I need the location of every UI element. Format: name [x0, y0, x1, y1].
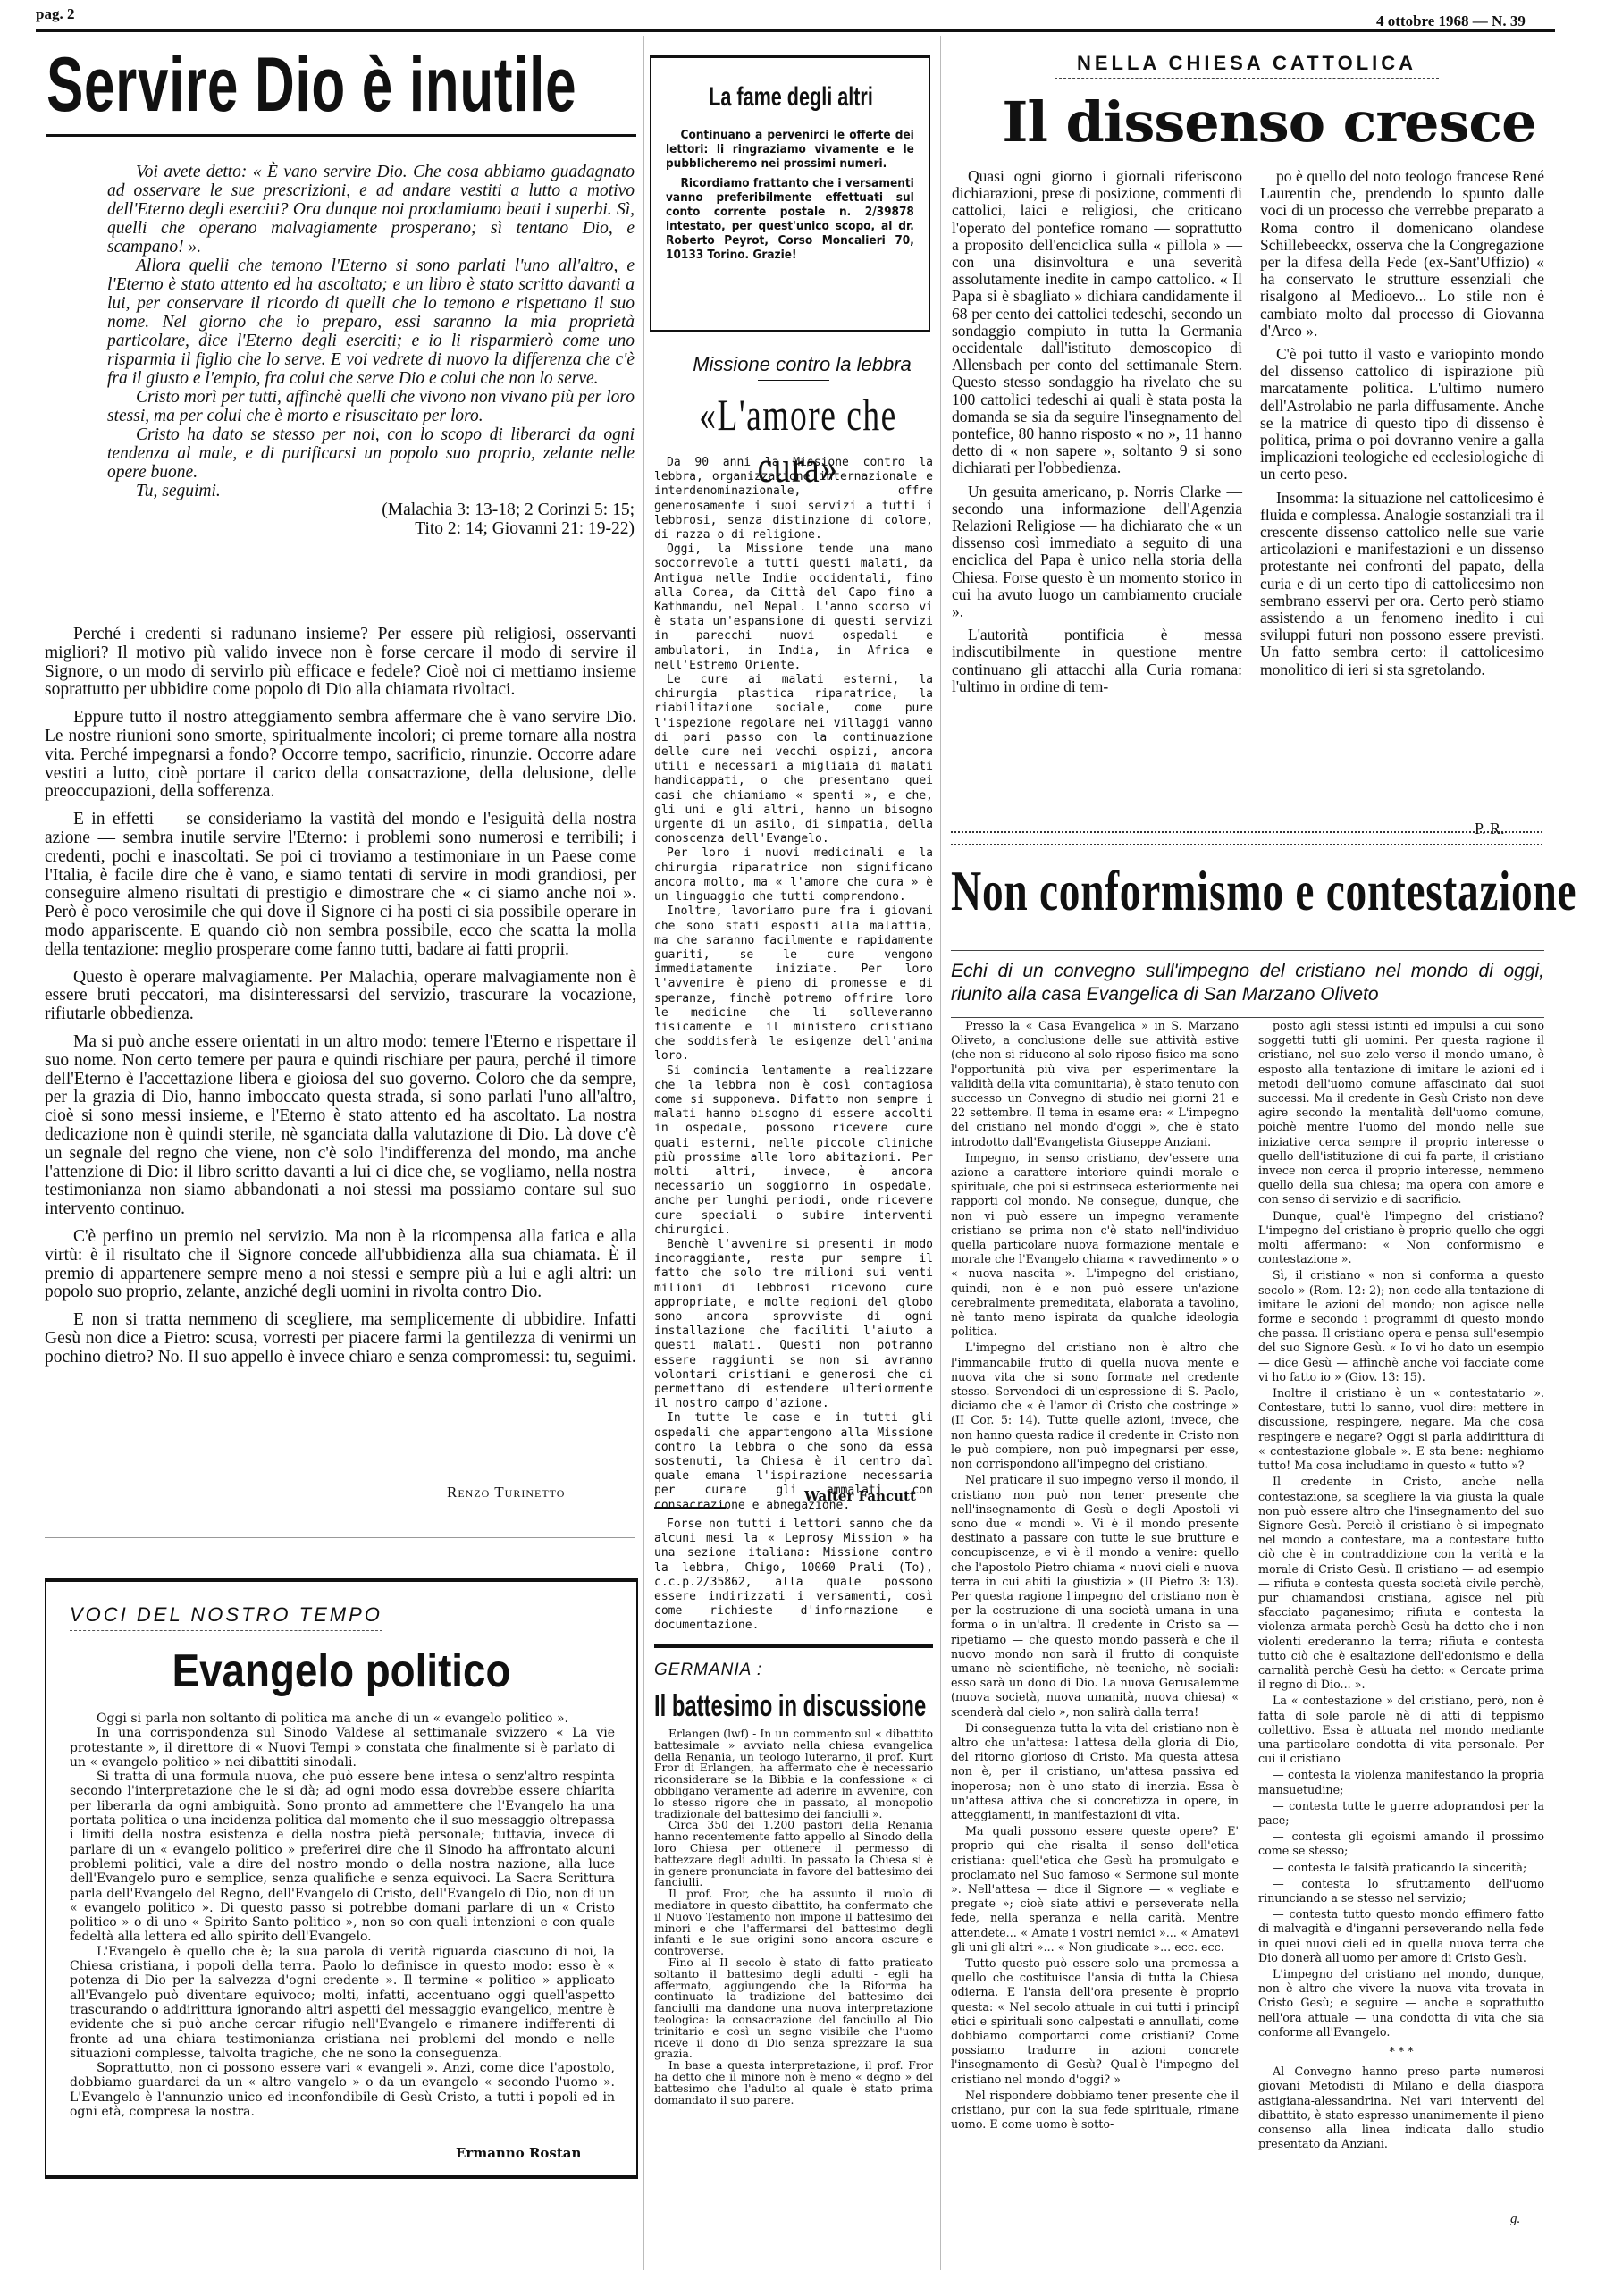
paragraph: L'impegno del cristiano non è altro che …: [951, 1341, 1239, 1471]
paragraph: L'impegno del cristiano nel mondo, dunqu…: [1258, 1967, 1544, 2039]
section-kicker-chiesa: NELLA CHIESA CATTOLICA: [1055, 52, 1439, 79]
headline-servire: Servire Dio è inutile: [46, 40, 471, 130]
paragraph: C'è poi tutto il vasto e variopinto mond…: [1260, 346, 1544, 484]
paragraph: Oggi si parla non soltanto di politica m…: [70, 1711, 615, 1726]
section-kicker-germania: GERMANIA :: [654, 1661, 762, 1680]
verse-paragraph: Allora quelli che temono l'Eterno si son…: [107, 257, 635, 388]
headline-dissenso: Il dissenso cresce: [947, 89, 1591, 155]
paragraph: Benchè l'avvenire si presenti in modo in…: [654, 1238, 933, 1411]
asterism-separator: * * *: [1258, 2045, 1544, 2059]
paragraph: In una corrispondenza sul Sinodo Valdese…: [70, 1726, 615, 1770]
paragraph: Un gesuita americano, p. Norris Clarke —…: [952, 484, 1242, 621]
top-rule: [36, 29, 1555, 32]
list-item: — contesta tutto questo mondo effimero f…: [1258, 1907, 1544, 1965]
kicker-underline: [758, 380, 829, 381]
paragraph: Continuano a pervenirci le offerte dei l…: [666, 129, 914, 172]
article-body-evangelo: Oggi si parla non soltanto di politica m…: [70, 1711, 615, 2119]
paragraph: Impegno, in senso cristiano, dev'essere …: [951, 1151, 1239, 1340]
article-body-lebbra: Da 90 anni la Missione contro la lebbra,…: [654, 456, 933, 1513]
section-kicker-voci: VOCI DEL NOSTRO TEMPO: [70, 1603, 382, 1631]
notice-body-fame: Continuano a pervenirci le offerte dei l…: [666, 129, 914, 268]
note-leprosy-mission: Forse non tutti i lettori sanno che da a…: [654, 1518, 933, 1634]
paragraph: L'Evangelo è quello che è; la sua parola…: [70, 1945, 615, 2061]
list-item: — contesta lo sfruttamento dell'uomo rin…: [1258, 1877, 1544, 1905]
paragraph: Sì, il cristiano « non si conforma a que…: [1258, 1268, 1544, 1384]
paragraph: Nel praticare il suo impegno verso il mo…: [951, 1473, 1239, 1719]
issue-date: 4 ottobre 1968 — N. 39: [1376, 13, 1526, 30]
paragraph: Da 90 anni la Missione contro la lebbra,…: [654, 456, 933, 542]
paragraph: Soprattutto, non ci possono essere vari …: [70, 2061, 615, 2119]
article-column-dissenso-2: po è quello del noto teologo francese Re…: [1260, 168, 1544, 685]
paragraph: E in effetti — se consideriamo la vastit…: [45, 811, 636, 959]
paragraph: Tutto questo può essere solo una premess…: [951, 1956, 1239, 2087]
verse-paragraph: Cristo ha dato se stesso per noi, con lo…: [107, 425, 635, 482]
list-item: — contesta tutte le guerre adoprandosi p…: [1258, 1799, 1544, 1828]
paragraph: Al Convegno hanno preso parte numerosi g…: [1258, 2065, 1544, 2151]
column-rule: [940, 36, 941, 2270]
paragraph: Quasi ogni giorno i giornali riferiscono…: [952, 168, 1242, 477]
paragraph: Si comincia lentamente a realizzare che …: [654, 1064, 933, 1238]
column-rule: [643, 36, 644, 2270]
paragraph: Fino al II secolo è stato di fatto prati…: [654, 1957, 933, 2060]
paragraph: Nel rispondere dobbiamo tener presente c…: [951, 2089, 1239, 2132]
headline-fame: La fame degli altri: [701, 82, 881, 113]
author-signature: Ermanno Rostan: [456, 2145, 581, 2161]
paragraph: Ma quali possono essere queste opere? E'…: [951, 1824, 1239, 1955]
list-item: — contesta gli egoismi amando il prossim…: [1258, 1829, 1544, 1858]
paragraph: Questo è operare malvagiamente. Per Mala…: [45, 969, 636, 1024]
paragraph: Oggi, la Missione tende una mano soccorr…: [654, 542, 933, 673]
paragraph: Il prof. Fror, che ha assunto il ruolo d…: [654, 1888, 933, 1957]
headline-battesimo: Il battesimo in discussione: [654, 1689, 929, 1724]
paragraph: Il credente in Cristo, anche nella conte…: [1258, 1475, 1544, 1692]
page-number: pag. 2: [36, 5, 74, 23]
section-divider: [654, 1644, 933, 1648]
article-column-nonconformismo-1: Presso la « Casa Evangelica » in S. Marz…: [951, 1019, 1239, 2133]
dotted-divider: [951, 831, 1542, 845]
headline-evangelo: Evangelo politico: [80, 1644, 602, 1698]
scripture-reference: (Malachia 3: 13-18; 2 Corinzi 5: 15;: [107, 500, 635, 519]
list-item: — contesta la violenza manifestando la p…: [1258, 1768, 1544, 1796]
paragraph: Di conseguenza tutta la vita del cristia…: [951, 1721, 1239, 1822]
list-item: — contesta le falsità praticando la sinc…: [1258, 1861, 1544, 1875]
article-body-battesimo: Erlangen (lwf) - In un commento sul « di…: [654, 1728, 933, 2106]
paragraph: Si tratta di una formula nuova, che può …: [70, 1770, 615, 1945]
paragraph: Forse non tutti i lettori sanno che da a…: [654, 1518, 933, 1634]
paragraph: po è quello del noto teologo francese Re…: [1260, 168, 1544, 340]
verse-paragraph: Voi avete detto: « È vano servire Dio. C…: [107, 163, 635, 257]
author-signature: Renzo Turinetto: [447, 1484, 565, 1501]
headline-nonconformismo: Non conformismo e contestazione: [951, 858, 1427, 924]
article-body-servire: Perché i credenti si radunano insieme? P…: [45, 626, 636, 1375]
dashed-divider: [45, 1537, 635, 1538]
paragraph: Inoltre, lavoriamo pure fra i giovani ch…: [654, 904, 933, 1064]
paragraph: Ricordiamo frattanto che i versamenti va…: [666, 177, 914, 263]
short-divider: [654, 1507, 726, 1509]
paragraph: Insomma: la situazione nel cattolicesimo…: [1260, 490, 1544, 678]
paragraph: In base a questa interpretazione, il pro…: [654, 2060, 933, 2106]
paragraph: Ma si può anche essere orientati in un a…: [45, 1033, 636, 1219]
paragraph: Eppure tutto il nostro atteggiamento sem…: [45, 709, 636, 802]
verse-paragraph: Cristo morì per tutti, affinchè quelli c…: [107, 388, 635, 425]
article-column-nonconformismo-2: posto agli stessi istinti ed impulsi a c…: [1258, 1019, 1544, 2153]
paragraph: L'autorità pontificia è messa indiscutib…: [952, 627, 1242, 695]
paragraph: Dunque, qual'è l'impegno del cristiano? …: [1258, 1209, 1544, 1267]
author-signature: g.: [1510, 2212, 1520, 2227]
paragraph: E non si tratta nemmeno di scegliere, ma…: [45, 1311, 636, 1367]
subheadline-nonconformismo: Echi di un convegno sull'impegno del cri…: [951, 950, 1544, 1018]
headline-underline: [46, 134, 636, 137]
article-column-dissenso-1: Quasi ogni giorno i giornali riferiscono…: [952, 168, 1242, 702]
scripture-quote: Voi avete detto: « È vano servire Dio. C…: [107, 163, 635, 538]
scripture-reference: Tito 2: 14; Giovanni 21: 19-22): [107, 519, 635, 538]
verse-paragraph: Tu, seguimi.: [107, 482, 635, 500]
paragraph: Perché i credenti si radunano insieme? P…: [45, 626, 636, 700]
paragraph: Presso la « Casa Evangelica » in S. Marz…: [951, 1019, 1239, 1149]
paragraph: Circa 350 dei 1.200 pastori della Renani…: [654, 1820, 933, 1888]
paragraph: posto agli stessi istinti ed impulsi a c…: [1258, 1019, 1544, 1207]
paragraph: La « contestazione » del cristiano, però…: [1258, 1694, 1544, 1766]
paragraph: Per loro i nuovi medicinali e la chirurg…: [654, 846, 933, 904]
section-kicker-lebbra: Missione contro la lebbra: [661, 353, 943, 376]
paragraph: Le cure ai malati esterni, la chirurgia …: [654, 673, 933, 846]
paragraph: Inoltre il cristiano è un « contestatari…: [1258, 1386, 1544, 1473]
paragraph: Erlangen (lwf) - In un commento sul « di…: [654, 1728, 933, 1820]
author-signature: Walter Fancutt: [804, 1488, 916, 1504]
paragraph: C'è perfino un premio nel servizio. Ma n…: [45, 1228, 636, 1302]
